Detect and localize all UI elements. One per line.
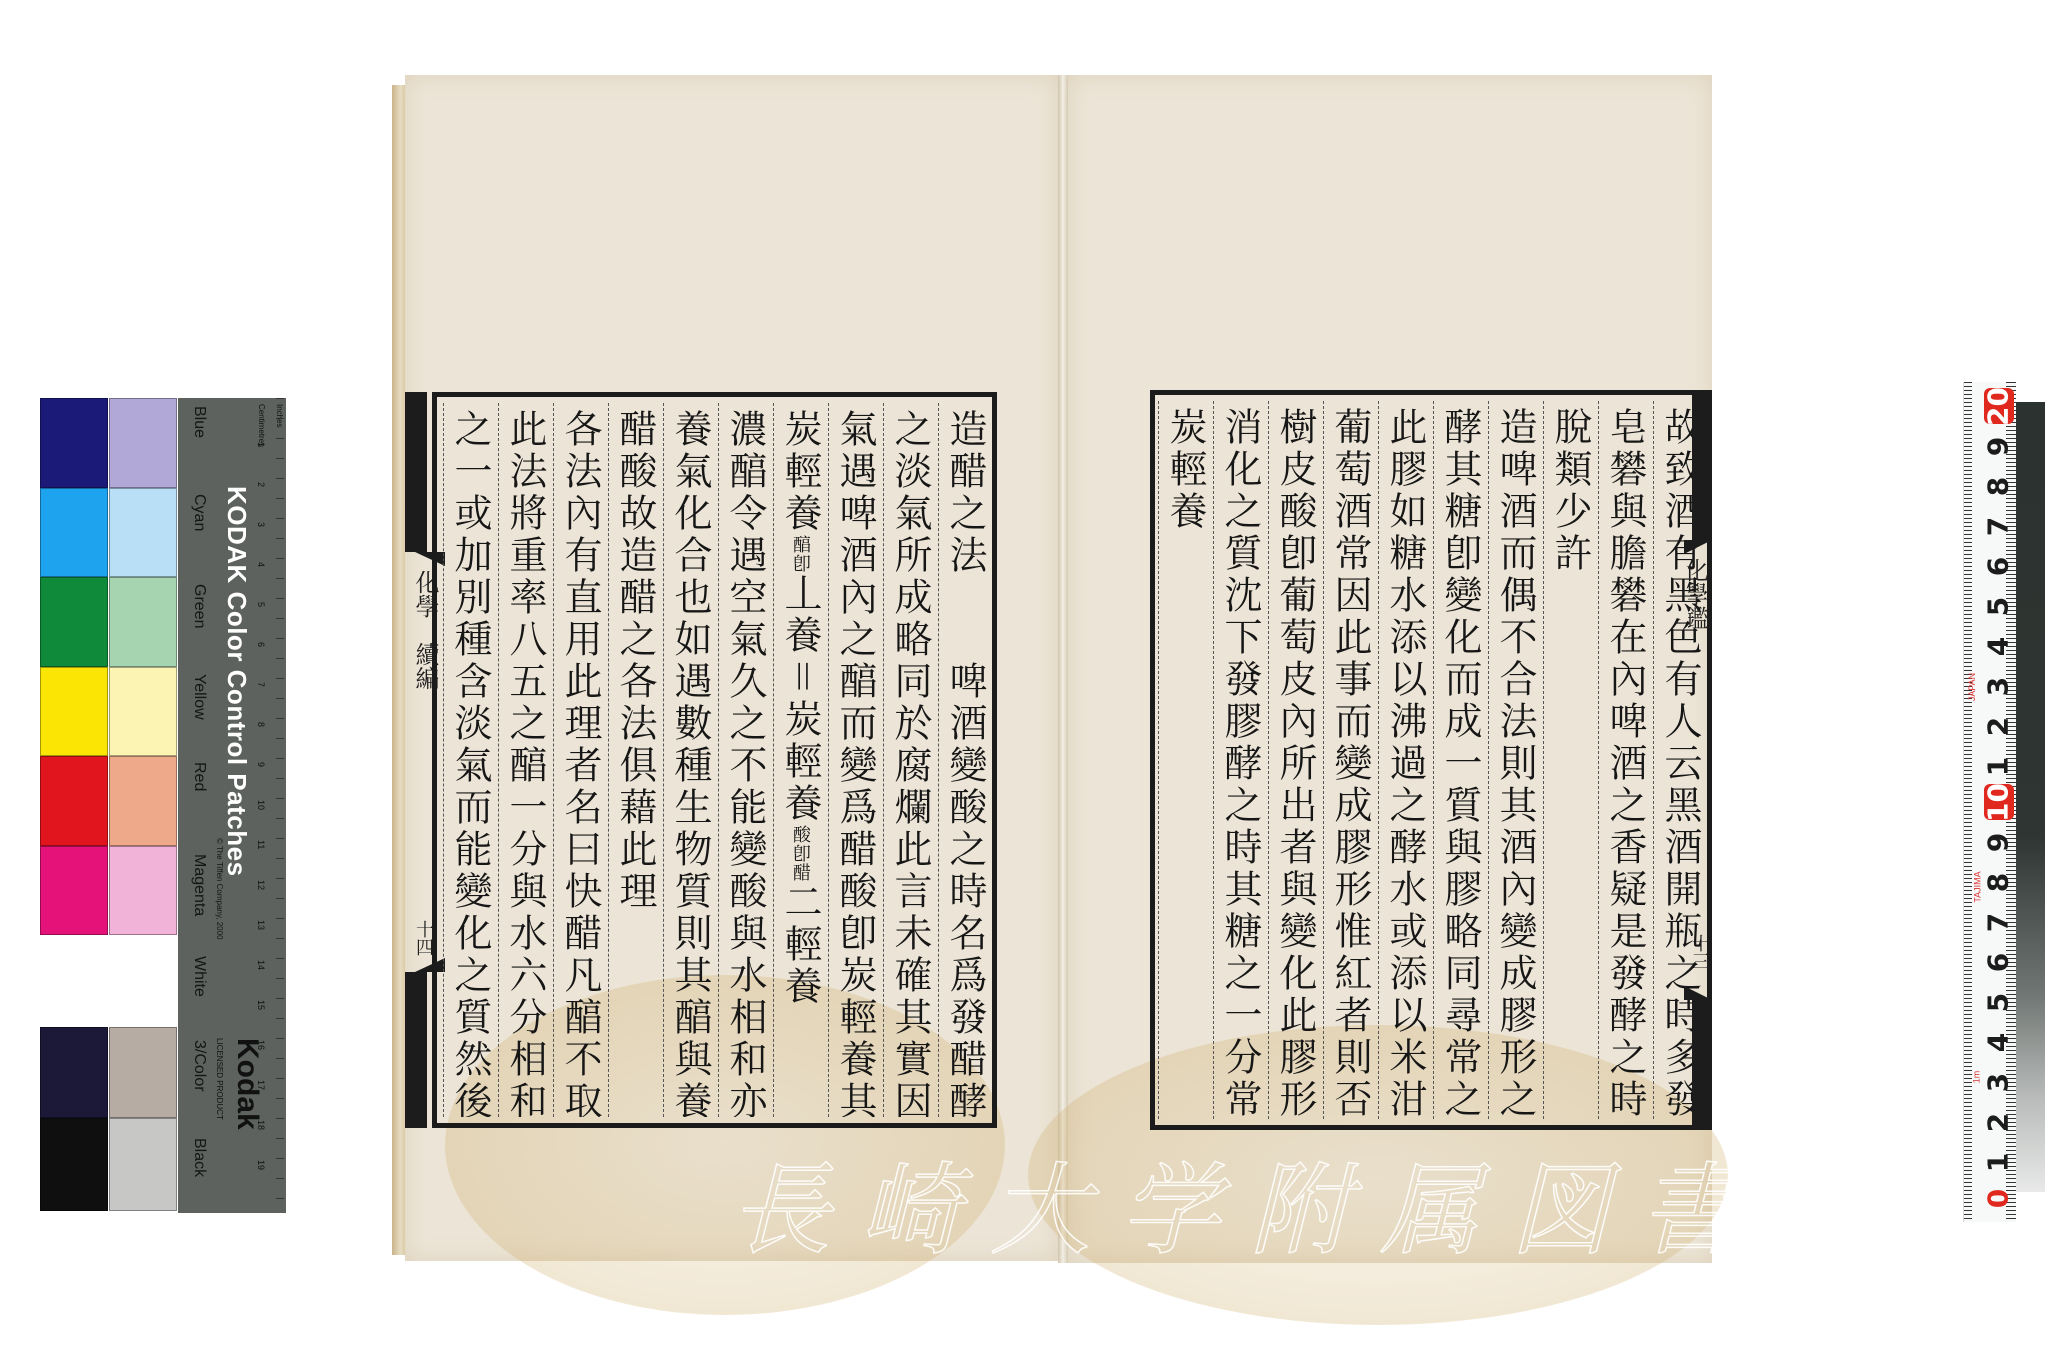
text-column: 消化之質沈下發膠酵之時其糖之一分常爲瑪內糖卽 xyxy=(1213,401,1267,1119)
text-column: 造啤酒而偶不合法則其酒內變成膠形之物此名發膠 xyxy=(1488,401,1542,1119)
book-spine xyxy=(1058,75,1068,1263)
right-text-frame: 故致酒有黑色有人云黑酒開瓶之時多發氣泡因另添 皂礬與膽礬在內啤酒之香疑是發酵之時… xyxy=(1150,390,1712,1130)
margin-book-title: 化學鑑 xyxy=(1688,558,1712,630)
ruler-number: 5 xyxy=(1982,587,2015,627)
patch-cyan-light xyxy=(109,488,177,577)
ruler-number: 3 xyxy=(1982,667,2015,707)
page-number: 十三 xyxy=(1690,934,1712,970)
ruler-number: 2 xyxy=(1982,707,2015,747)
text-column: 之一或加別種含淡氣而能變化之質然後加熱至八十 xyxy=(443,403,497,1117)
patch-green-dark xyxy=(40,577,108,667)
text-column: 之淡氣所成略同於腐爛此言未確其實因空氣內之養 xyxy=(883,403,937,1117)
text-column: 此膠如糖水添以沸過之酵水或添以米泔水是也黃色 xyxy=(1378,401,1432,1119)
measuring-tape: 20 9 8 7 6 5 4 3 JAPAN 2 1 10 9 8 TAJIMA… xyxy=(1963,382,2016,1222)
cm-tick: 12 xyxy=(256,880,266,890)
ruler-number: 10 xyxy=(1982,783,2015,823)
copyright-text: © The Tiffen Company, 2000 xyxy=(215,838,224,940)
ruler-number: 1 xyxy=(1982,747,2015,787)
text-column: 造醋之法 啤酒變酸之時名爲發醋酵俗以爲空氣內 xyxy=(938,403,992,1117)
left-text-frame: 造醋之法 啤酒變酸之時名爲發醋酵俗以爲空氣內 之淡氣所成略同於腐爛此言未確其實因… xyxy=(432,392,997,1128)
text-column: 濃醕令遇空氣久之不能變酸與水相和亦然俱不能與 xyxy=(718,403,772,1117)
ruler-number: 20 xyxy=(1982,387,2015,427)
ruler-number: 9 xyxy=(1982,823,2015,863)
text-column: 各法內有直用此理者名曰快醋凡醕不取稅之國俱用 xyxy=(553,403,607,1117)
cm-tick: 4 xyxy=(256,562,266,567)
ruler-number: 9 xyxy=(1982,427,2015,467)
patch-blue-light xyxy=(109,398,177,488)
chart-label-strip: Inches Centimetres 1 2 3 4 5 6 7 8 9 10 … xyxy=(178,398,286,1213)
cm-tick: 13 xyxy=(256,920,266,930)
ruler-number: 4 xyxy=(1982,627,2015,667)
gray-scale-strip xyxy=(2015,402,2045,1192)
ruler-number: 6 xyxy=(1982,943,2015,983)
text-column-formula: 炭輕養醕卽丄養＝炭輕養酸卽醋二輕養 xyxy=(773,403,827,1117)
ruler-brand-mark: TAJIMA xyxy=(1973,871,1983,902)
ruler-number: 8 xyxy=(1982,467,2015,507)
formula-tail: 二輕養 xyxy=(778,882,822,1008)
library-watermark: 長崎大学附属図書館 xyxy=(730,1130,1940,1250)
cm-tick: 8 xyxy=(256,722,266,727)
patch-yellow-dark xyxy=(40,667,108,756)
cm-tick: 5 xyxy=(256,602,266,607)
patch-magenta-light xyxy=(109,846,177,935)
patch-green-light xyxy=(109,577,177,667)
patch-black-light xyxy=(109,1118,177,1211)
ruler-number: 3 xyxy=(1982,1063,2015,1103)
formula-note: 醕卽 xyxy=(790,535,811,573)
ruler-number: 1 xyxy=(1982,1143,2015,1183)
label-red: Red xyxy=(190,762,208,791)
label-cyan: Cyan xyxy=(190,494,208,531)
cm-tick: 7 xyxy=(256,682,266,687)
label-magenta: Magenta xyxy=(190,854,208,916)
text-column: 脫類少許 xyxy=(1543,401,1597,1119)
cm-tick: 2 xyxy=(256,482,266,487)
patch-red-dark xyxy=(40,756,108,846)
ruler-japan-mark: JAPAN xyxy=(1967,673,1977,701)
label-3color: 3/Color xyxy=(190,1040,208,1092)
patch-3color-light xyxy=(109,1027,177,1118)
margin-black-bar-top xyxy=(405,392,427,552)
ruler-number-zero: 0 xyxy=(1982,1179,2015,1219)
text-column: 氣遇啤酒內之醕而變爲醋酸卽炭輕養其式爲 xyxy=(828,403,882,1117)
text-column: 醋酸故造醋之各法俱藉此理 xyxy=(608,403,662,1117)
cm-tick: 1 xyxy=(256,442,266,447)
formula-note: 酸卽醋 xyxy=(790,825,811,882)
ruler-ticks xyxy=(276,398,284,1213)
label-yellow: Yellow xyxy=(190,674,208,720)
text-column: 葡萄酒常因此事而變成膠形惟紅者則否疑是所含之 xyxy=(1323,401,1377,1119)
licensed-product-text: LICENSED PRODUCT xyxy=(215,1038,224,1120)
fishtail-bottom-icon xyxy=(1684,986,1712,1000)
patch-white-light xyxy=(109,935,177,1027)
patch-red-light xyxy=(109,756,177,846)
label-black: Black xyxy=(190,1138,208,1177)
label-green: Green xyxy=(190,584,208,628)
cm-tick: 3 xyxy=(256,522,266,527)
text-column: 炭輕養 xyxy=(1158,401,1212,1119)
centimetres-label: Centimetres xyxy=(257,404,266,447)
cm-tick: 19 xyxy=(256,1160,266,1170)
ruler-number: 5 xyxy=(1982,983,2015,1023)
ruler-number: 2 xyxy=(1982,1103,2015,1143)
chart-title: KODAK Color Control Patches xyxy=(221,486,252,877)
patch-black-dark xyxy=(40,1118,108,1211)
patch-magenta-dark xyxy=(40,846,108,935)
ruler-number: 7 xyxy=(1982,903,2015,943)
text-column: 樹皮酸卽葡萄皮內所出者與變化此膠形之酵合成不 xyxy=(1268,401,1322,1119)
text-column: 養氣化合也如遇數種生物質則其醕與養氣化合而成 xyxy=(663,403,717,1117)
cm-tick: 10 xyxy=(256,800,266,810)
patch-blue-dark xyxy=(40,398,108,488)
patch-yellow-light xyxy=(109,667,177,756)
label-blue: Blue xyxy=(190,406,208,438)
ruler-number: 4 xyxy=(1982,1023,2015,1063)
text-column: 酵其糖卽變化而成一質與膠略同尋常之糖亦可令變 xyxy=(1433,401,1487,1119)
margin-black-bar-top xyxy=(1692,390,1712,540)
ruler-number: 8 xyxy=(1982,863,2015,903)
cm-tick: 15 xyxy=(256,1000,266,1010)
fishtail-top-icon xyxy=(1684,540,1712,554)
page-stack-edge xyxy=(392,85,406,1255)
ruler-number: 6 xyxy=(1982,547,2015,587)
formula-lead: 炭輕養 xyxy=(778,409,822,535)
cm-tick: 9 xyxy=(256,762,266,767)
patch-3color-dark xyxy=(40,1027,108,1118)
cm-tick: 11 xyxy=(256,840,266,849)
cm-tick: 14 xyxy=(256,960,266,970)
margin-black-bar-bottom xyxy=(1692,1000,1712,1130)
patch-cyan-dark xyxy=(40,488,108,577)
cm-tick: 6 xyxy=(256,642,266,647)
ruler-number: 7 xyxy=(1982,507,2015,547)
formula-body: 丄養＝炭輕養 xyxy=(778,573,822,825)
ruler-mm-ticks-left xyxy=(1964,382,1972,1222)
kodak-logo: Kodak xyxy=(230,1038,264,1130)
text-column: 此法將重率八五之醕一分與水六分相和再加酵千分 xyxy=(498,403,552,1117)
patch-white xyxy=(40,935,108,1027)
margin-black-bar-bottom xyxy=(405,972,427,1128)
kodak-color-chart: Inches Centimetres 1 2 3 4 5 6 7 8 9 10 … xyxy=(40,398,286,1213)
label-white: White xyxy=(190,956,208,997)
ruler-1m-mark: 1m xyxy=(1971,1071,1981,1084)
text-column: 皂礬與膽礬在內啤酒之香疑是發酵之時有變成之以 xyxy=(1598,401,1652,1119)
